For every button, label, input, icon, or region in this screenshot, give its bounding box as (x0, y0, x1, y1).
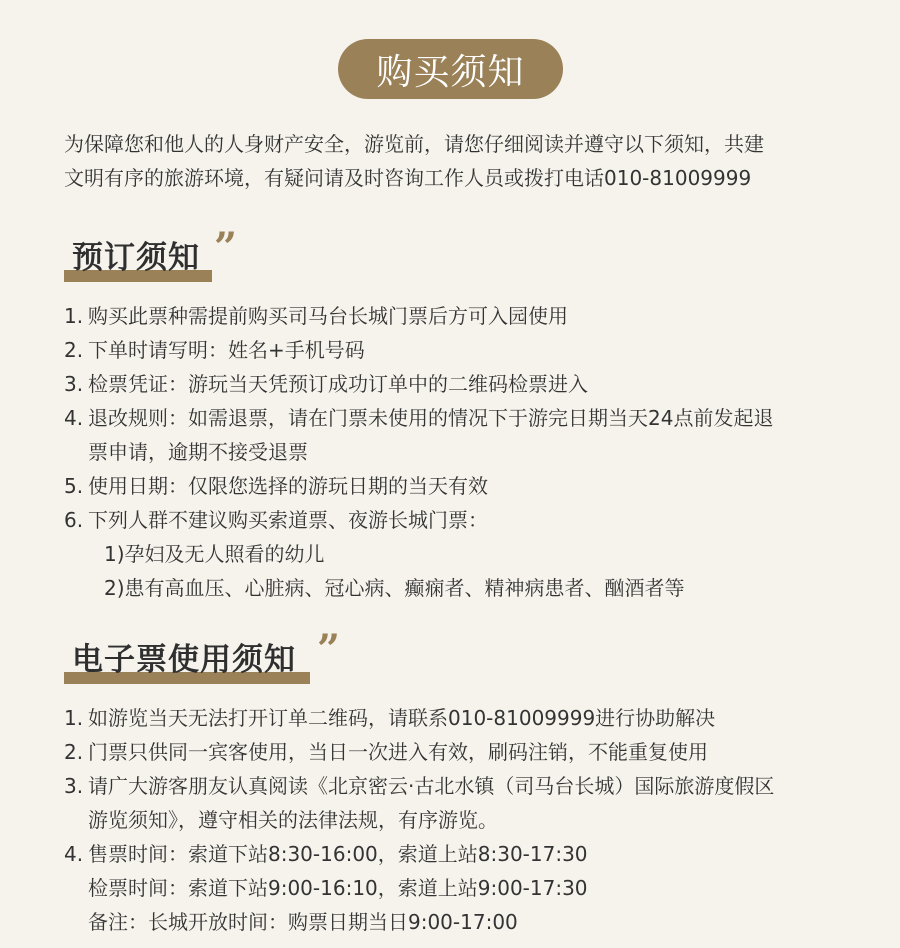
sub-item: 2)患有高血压、心脏病、冠心病、癫痫者、精神病患者、酗酒者等 (64, 571, 874, 605)
list-item-continuation: 游览须知》，遵守相关的法律法规，有序游览。 (64, 803, 874, 837)
list-item: 3.请广大游客朋友认真阅读《北京密云·古北水镇（司马台长城）国际旅游度假区 (64, 769, 874, 803)
list-item: 4.退改规则：如需退票，请在门票未使用的情况下于游完日期当天24点前发起退 (64, 401, 874, 435)
list-item: 5.使用日期：仅限您选择的游玩日期的当天有效 (64, 469, 874, 503)
list-item-continuation: 检票时间：索道下站9:00-16:10，索道上站9:00-17:30 (64, 871, 874, 905)
section-heading-booking: 预订须知 ” (64, 238, 244, 282)
sub-item: 1)孕妇及无人照看的幼儿 (64, 537, 874, 571)
list-item: 1.购买此票种需提前购买司马台长城门票后方可入园使用 (64, 299, 874, 333)
title-banner: 购买须知 (338, 39, 563, 99)
list-item-continuation: 票申请，逾期不接受退票 (64, 435, 874, 469)
intro-line: 文明有序的旅游环境，有疑问请及时咨询工作人员或拨打电话010-81009999 (64, 161, 864, 195)
quote-icon: ” (317, 630, 340, 670)
section-heading-eticket: 电子票使用须知 ” (64, 640, 364, 684)
eticket-list: 1.如游览当天无法打开订单二维码，请联系010-81009999进行协助解决 2… (64, 701, 874, 939)
quote-icon: ” (214, 228, 237, 268)
intro-line: 为保障您和他人的人身财产安全，游览前，请您仔细阅读并遵守以下须知，共建 (64, 127, 864, 161)
list-item-continuation: 备注：长城开放时间：购票日期当日9:00-17:00 (64, 905, 874, 939)
list-item: 3.检票凭证：游玩当天凭预订成功订单中的二维码检票进入 (64, 367, 874, 401)
list-item: 2.下单时请写明：姓名+手机号码 (64, 333, 874, 367)
list-item: 1.如游览当天无法打开订单二维码，请联系010-81009999进行协助解决 (64, 701, 874, 735)
list-item: 2.门票只供同一宾客使用，当日一次进入有效，刷码注销，不能重复使用 (64, 735, 874, 769)
intro-text: 为保障您和他人的人身财产安全，游览前，请您仔细阅读并遵守以下须知，共建 文明有序… (64, 127, 864, 195)
booking-list: 1.购买此票种需提前购买司马台长城门票后方可入园使用 2.下单时请写明：姓名+手… (64, 299, 874, 605)
list-item: 6.下列人群不建议购买索道票、夜游长城门票： (64, 503, 874, 537)
page-title: 购买须知 (376, 44, 524, 95)
list-item: 4.售票时间：索道下站8:30-16:00，索道上站8:30-17:30 (64, 837, 874, 871)
